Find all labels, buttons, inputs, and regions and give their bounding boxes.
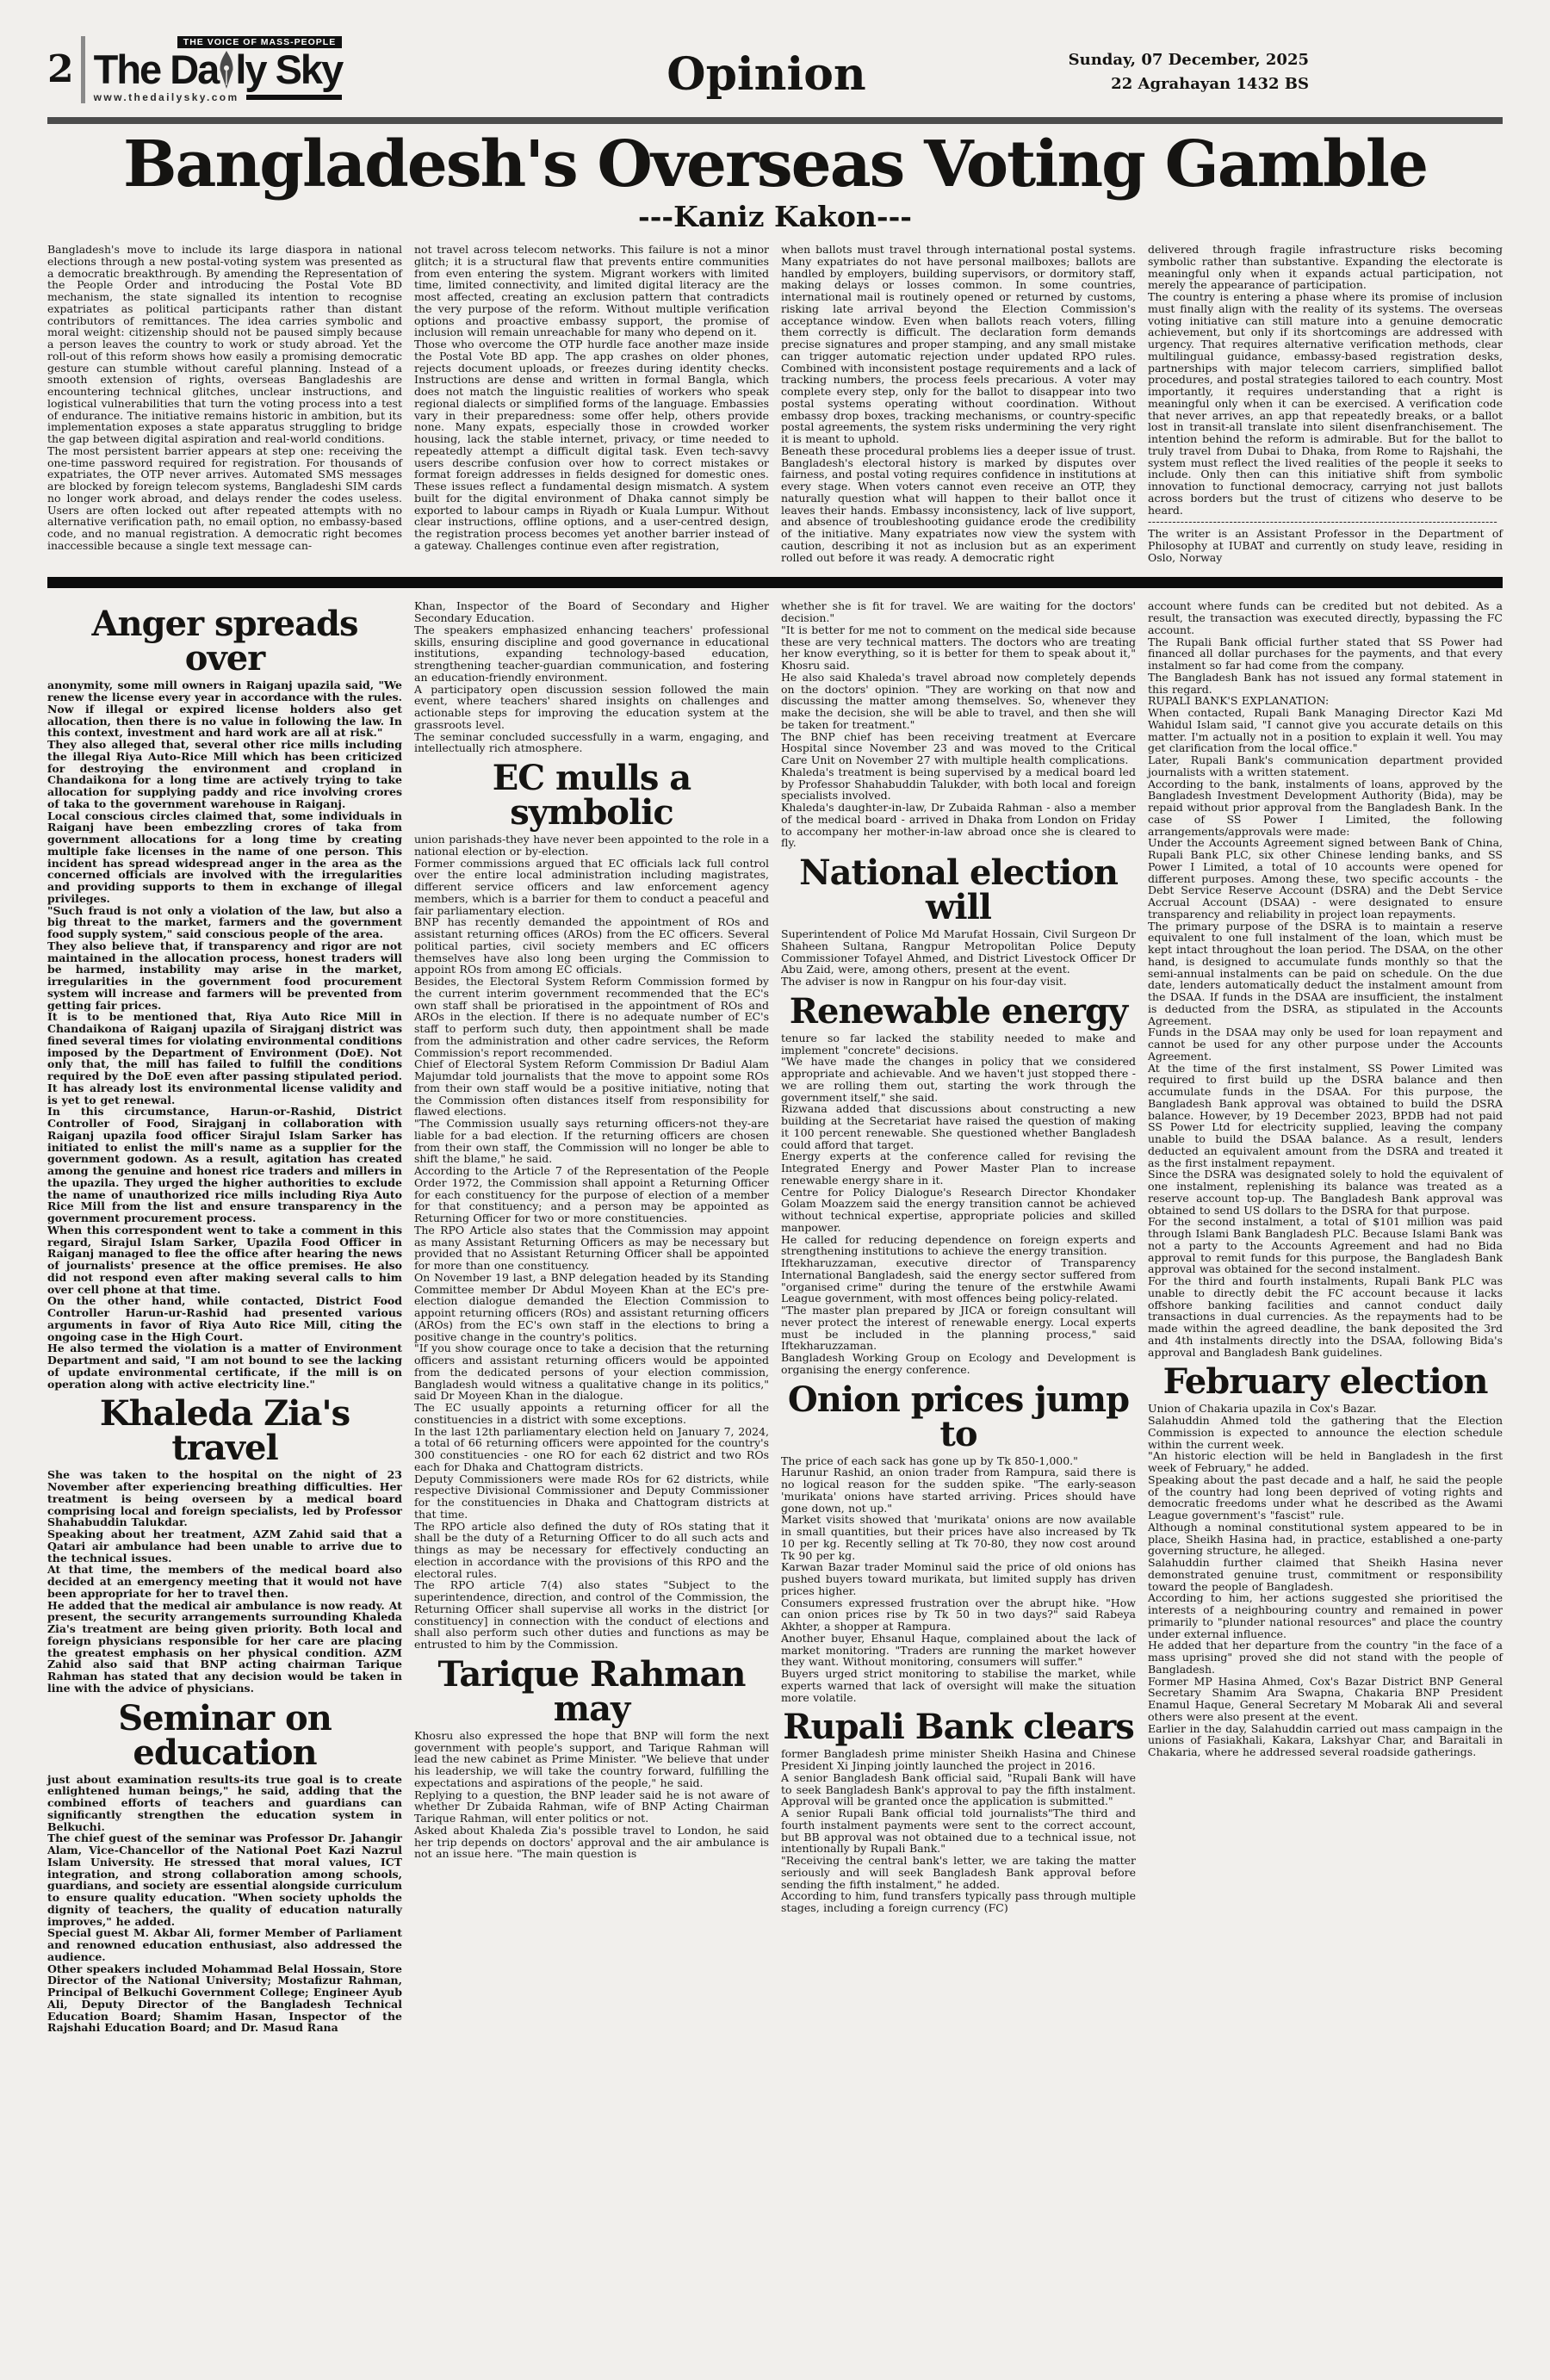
- paragraph: "If you show courage once to take a deci…: [414, 1342, 769, 1402]
- article-headline: EC mulls a symbolic: [414, 761, 769, 830]
- paragraph: Local conscious circles claimed that, so…: [47, 810, 402, 905]
- paragraph: Rizwana added that discussions about con…: [781, 1103, 1136, 1150]
- paragraph: Bangladesh Working Group on Ecology and …: [781, 1352, 1136, 1376]
- paragraph: The BNP chief has been receiving treatme…: [781, 731, 1136, 766]
- paragraph: union parishads-they have never been app…: [414, 834, 769, 858]
- paragraph: He added that the medical air ambulance …: [47, 1600, 402, 1695]
- paragraph: Replying to a question, the BNP leader s…: [414, 1789, 769, 1825]
- paragraph: Karwan Bazar trader Mominul said the pri…: [781, 1561, 1136, 1596]
- paragraph: account where funds can be credited but …: [1148, 600, 1503, 635]
- paragraph: BNP has recently demanded the appointmen…: [414, 916, 769, 976]
- url-row: www.thedailysky.com: [94, 91, 343, 103]
- website-url[interactable]: www.thedailysky.com: [94, 91, 239, 103]
- paragraph: On November 19 last, a BNP delegation he…: [414, 1272, 769, 1343]
- paragraph: Bangladesh's move to include its large d…: [47, 244, 402, 445]
- paragraph: RUPALI BANK'S EXPLANATION:: [1148, 695, 1503, 707]
- paragraph: The EC usually appoints a returning offi…: [414, 1402, 769, 1426]
- paragraph: In this circumstance, Harun-or-Rashid, D…: [47, 1106, 402, 1224]
- paragraph: Although a nominal constitutional system…: [1148, 1522, 1503, 1557]
- paragraph: The Bangladesh Bank has not issued any f…: [1148, 672, 1503, 696]
- paragraph: Salahuddin further claimed that Sheikh H…: [1148, 1557, 1503, 1592]
- news-column-3: whether she is fit for travel. We are wa…: [781, 600, 1136, 1914]
- paragraph: According to him, her actions suggested …: [1148, 1592, 1503, 1639]
- article-headline: Khaleda Zia's travel: [47, 1397, 402, 1466]
- paragraph: whether she is fit for travel. We are wa…: [781, 600, 1136, 624]
- paragraph: Union of Chakaria upazila in Cox's Bazar…: [1148, 1403, 1503, 1415]
- article-headline: Renewable energy: [781, 995, 1136, 1029]
- paragraph: The RPO Article also states that the Com…: [414, 1224, 769, 1272]
- paragraph: Buyers urged strict monitoring to stabil…: [781, 1668, 1136, 1703]
- paragraph: The adviser is now in Rangpur on his fou…: [781, 976, 1136, 988]
- paragraph: Special guest M. Akbar Ali, former Membe…: [47, 1927, 402, 1962]
- paragraph: Khaleda's daughter-in-law, Dr Zubaida Ra…: [781, 802, 1136, 849]
- article-column-3: when ballots must travel through interna…: [781, 244, 1136, 563]
- paragraph: "We have made the changes in policy that…: [781, 1056, 1136, 1103]
- paragraph: Since the DSRA was designated solely to …: [1148, 1168, 1503, 1216]
- section-divider: [47, 577, 1503, 588]
- newspaper-logo: The Da ly Sky: [94, 49, 343, 90]
- paragraph: A senior Bangladesh Bank official said, …: [781, 1772, 1136, 1807]
- paragraph: The most persistent barrier appears at s…: [47, 445, 402, 552]
- paragraph: The price of each sack has gone up by Tk…: [781, 1455, 1136, 1467]
- news-column-2: Khan, Inspector of the Board of Secondar…: [414, 600, 769, 1860]
- paragraph: Beneath these procedural problems lies a…: [781, 445, 1136, 564]
- paragraph: Earlier in the day, Salahuddin carried o…: [1148, 1723, 1503, 1758]
- paragraph: Funds in the DSAA may only be used for l…: [1148, 1026, 1503, 1062]
- paragraph: According to the Article 7 of the Repres…: [414, 1165, 769, 1224]
- logo-text-right: ly Sky: [235, 49, 342, 90]
- paragraph: The chief guest of the seminar was Profe…: [47, 1832, 402, 1927]
- paragraph: Other speakers included Mohammad Belal H…: [47, 1963, 402, 2035]
- paragraph: Speaking about the past decade and a hal…: [1148, 1474, 1503, 1522]
- paragraph: They also believe that, if transparency …: [47, 940, 402, 1012]
- paragraph: Under the Accounts Agreement signed betw…: [1148, 837, 1503, 920]
- news-column-1: Anger spreads overanonymity, some mill o…: [47, 600, 402, 2034]
- article-headline: Seminar on education: [47, 1701, 402, 1770]
- paragraph: According to the bank, instalments of lo…: [1148, 778, 1503, 838]
- paragraph: For the third and fourth instalments, Ru…: [1148, 1275, 1503, 1358]
- news-column-4: account where funds can be credited but …: [1148, 600, 1503, 1758]
- paragraph: Energy experts at the conference called …: [781, 1150, 1136, 1186]
- paragraph: Iftekharuzzaman, executive director of T…: [781, 1257, 1136, 1305]
- page-header: 2 THE VOICE OF MASS-PEOPLE The Da ly Sky: [47, 36, 1503, 110]
- paragraph: Khaleda's treatment is being supervised …: [781, 766, 1136, 802]
- paragraph: delivered through fragile infrastructure…: [1148, 244, 1503, 291]
- paragraph: Former MP Hasina Ahmed, Cox's Bazar Dist…: [1148, 1676, 1503, 1723]
- article-headline: February election: [1148, 1365, 1503, 1399]
- paragraph: tenure so far lacked the stability neede…: [781, 1032, 1136, 1057]
- logo-text-left: The Da: [94, 49, 219, 90]
- byline: ---Kaniz Kakon---: [47, 200, 1503, 233]
- paragraph: "Receiving the central bank's letter, we…: [781, 1855, 1136, 1890]
- logo-underline: [246, 95, 343, 100]
- paragraph: It is to be mentioned that, Riya Auto Ri…: [47, 1011, 402, 1106]
- paragraph: When contacted, Rupali Bank Managing Dir…: [1148, 707, 1503, 754]
- paragraph: For the second instalment, a total of $1…: [1148, 1216, 1503, 1275]
- paragraph: Chief of Electoral System Reform Commiss…: [414, 1058, 769, 1118]
- paragraph: anonymity, some mill owners in Raiganj u…: [47, 679, 402, 739]
- article-headline: National election will: [781, 856, 1136, 925]
- paragraph: The primary purpose of the DSRA is to ma…: [1148, 920, 1503, 1027]
- masthead-divider: [81, 36, 85, 103]
- masthead: 2 THE VOICE OF MASS-PEOPLE The Da ly Sky: [47, 36, 478, 103]
- article-column-1: Bangladesh's move to include its large d…: [47, 244, 402, 552]
- paragraph: Speaking about her treatment, AZM Zahid …: [47, 1528, 402, 1564]
- paragraph: He also said Khaleda's travel abroad now…: [781, 672, 1136, 731]
- paragraph: She was taken to the hospital on the nig…: [47, 1469, 402, 1528]
- article-headline: Onion prices jump to: [781, 1383, 1136, 1452]
- paragraph: Harunur Rashid, an onion trader from Ram…: [781, 1466, 1136, 1514]
- paragraph: He also termed the violation is a matter…: [47, 1342, 402, 1390]
- article-headline: Anger spreads over: [47, 607, 402, 676]
- article-column-2: not travel across telecom networks. This…: [414, 244, 769, 552]
- main-headline: Bangladesh's Overseas Voting Gamble: [47, 133, 1503, 196]
- paragraph: He added that her departure from the cou…: [1148, 1639, 1503, 1675]
- paragraph: "The master plan prepared by JICA or for…: [781, 1305, 1136, 1352]
- paragraph: When this correspondent went to take a c…: [47, 1224, 402, 1296]
- paragraph: Besides, the Electoral System Reform Com…: [414, 976, 769, 1058]
- paragraph: The Rupali Bank official further stated …: [1148, 636, 1503, 672]
- paragraph: The country is entering a phase where it…: [1148, 291, 1503, 516]
- paragraph: The writer is an Assistant Professor in …: [1148, 528, 1503, 563]
- paragraph: Salahuddin Ahmed told the gathering that…: [1148, 1415, 1503, 1450]
- date-block: Sunday, 07 December, 2025 22 Agrahayan 1…: [1055, 36, 1503, 96]
- paragraph: "It is better for me not to comment on t…: [781, 624, 1136, 672]
- paragraph: A senior Rupali Bank official told journ…: [781, 1807, 1136, 1855]
- page-number: 2: [47, 51, 74, 89]
- paragraph: Another buyer, Ehsanul Haque, complained…: [781, 1633, 1136, 1668]
- paragraph: when ballots must travel through interna…: [781, 244, 1136, 445]
- paragraph: He called for reducing dependence on for…: [781, 1234, 1136, 1258]
- lower-section: Anger spreads overanonymity, some mill o…: [47, 600, 1503, 2060]
- paragraph: Khosru also expressed the hope that BNP …: [414, 1730, 769, 1789]
- paragraph: In the last 12th parliamentary election …: [414, 1426, 769, 1473]
- paragraph: former Bangladesh prime minister Sheikh …: [781, 1748, 1136, 1772]
- article-column-4: delivered through fragile infrastructure…: [1148, 244, 1503, 563]
- paragraph: not travel across telecom networks. This…: [414, 244, 769, 338]
- paragraph: The RPO article also defined the duty of…: [414, 1521, 769, 1580]
- paragraph: On the other hand, while contacted, Dist…: [47, 1295, 402, 1342]
- dashed-rule: ----------------------------------------…: [1148, 516, 1503, 528]
- paragraph: According to him, fund transfers typical…: [781, 1890, 1136, 1914]
- article-headline: Rupali Bank clears: [781, 1710, 1136, 1745]
- paragraph: Superintendent of Police Md Marufat Hoss…: [781, 928, 1136, 976]
- paragraph: A participatory open discussion session …: [414, 684, 769, 731]
- date-gregorian: Sunday, 07 December, 2025: [1055, 48, 1309, 72]
- paragraph: "Such fraud is not only a violation of t…: [47, 905, 402, 940]
- paragraph: The seminar concluded successfully in a …: [414, 731, 769, 755]
- pen-nib-icon: [219, 51, 234, 89]
- paragraph: The speakers emphasized enhancing teache…: [414, 624, 769, 684]
- logo-block: THE VOICE OF MASS-PEOPLE The Da ly Sky w…: [94, 36, 343, 103]
- paragraph: just about examination results-its true …: [47, 1774, 402, 1833]
- paragraph: "The Commission usually says returning o…: [414, 1118, 769, 1165]
- paragraph: Former commissions argued that EC offici…: [414, 858, 769, 917]
- paragraph: Asked about Khaleda Zia's possible trave…: [414, 1825, 769, 1860]
- paragraph: Consumers expressed frustration over the…: [781, 1597, 1136, 1633]
- header-rule: [47, 117, 1503, 124]
- paragraph: At the time of the first instalment, SS …: [1148, 1063, 1503, 1169]
- paragraph: Khan, Inspector of the Board of Secondar…: [414, 600, 769, 624]
- paragraph: Market visits showed that 'murikata' oni…: [781, 1514, 1136, 1561]
- paragraph: Deputy Commissioners were made ROs for 6…: [414, 1473, 769, 1521]
- paragraph: Later, Rupali Bank's communication depar…: [1148, 754, 1503, 778]
- section-title: Opinion: [478, 36, 1055, 101]
- paragraph: At that time, the members of the medical…: [47, 1564, 402, 1599]
- paragraph: Centre for Policy Dialogue's Research Di…: [781, 1187, 1136, 1234]
- date-bengali: 22 Agrahayan 1432 BS: [1055, 72, 1309, 96]
- paragraph: The RPO article 7(4) also states "Subjec…: [414, 1579, 769, 1651]
- main-article: Bangladesh's move to include its large d…: [47, 244, 1503, 563]
- article-headline: Tarique Rahman may: [414, 1658, 769, 1726]
- paragraph: They also alleged that, several other ri…: [47, 739, 402, 810]
- paragraph: "An historic election will be held in Ba…: [1148, 1450, 1503, 1474]
- newspaper-page: 2 THE VOICE OF MASS-PEOPLE The Da ly Sky: [0, 36, 1550, 2060]
- paragraph: Those who overcome the OTP hurdle face a…: [414, 338, 769, 552]
